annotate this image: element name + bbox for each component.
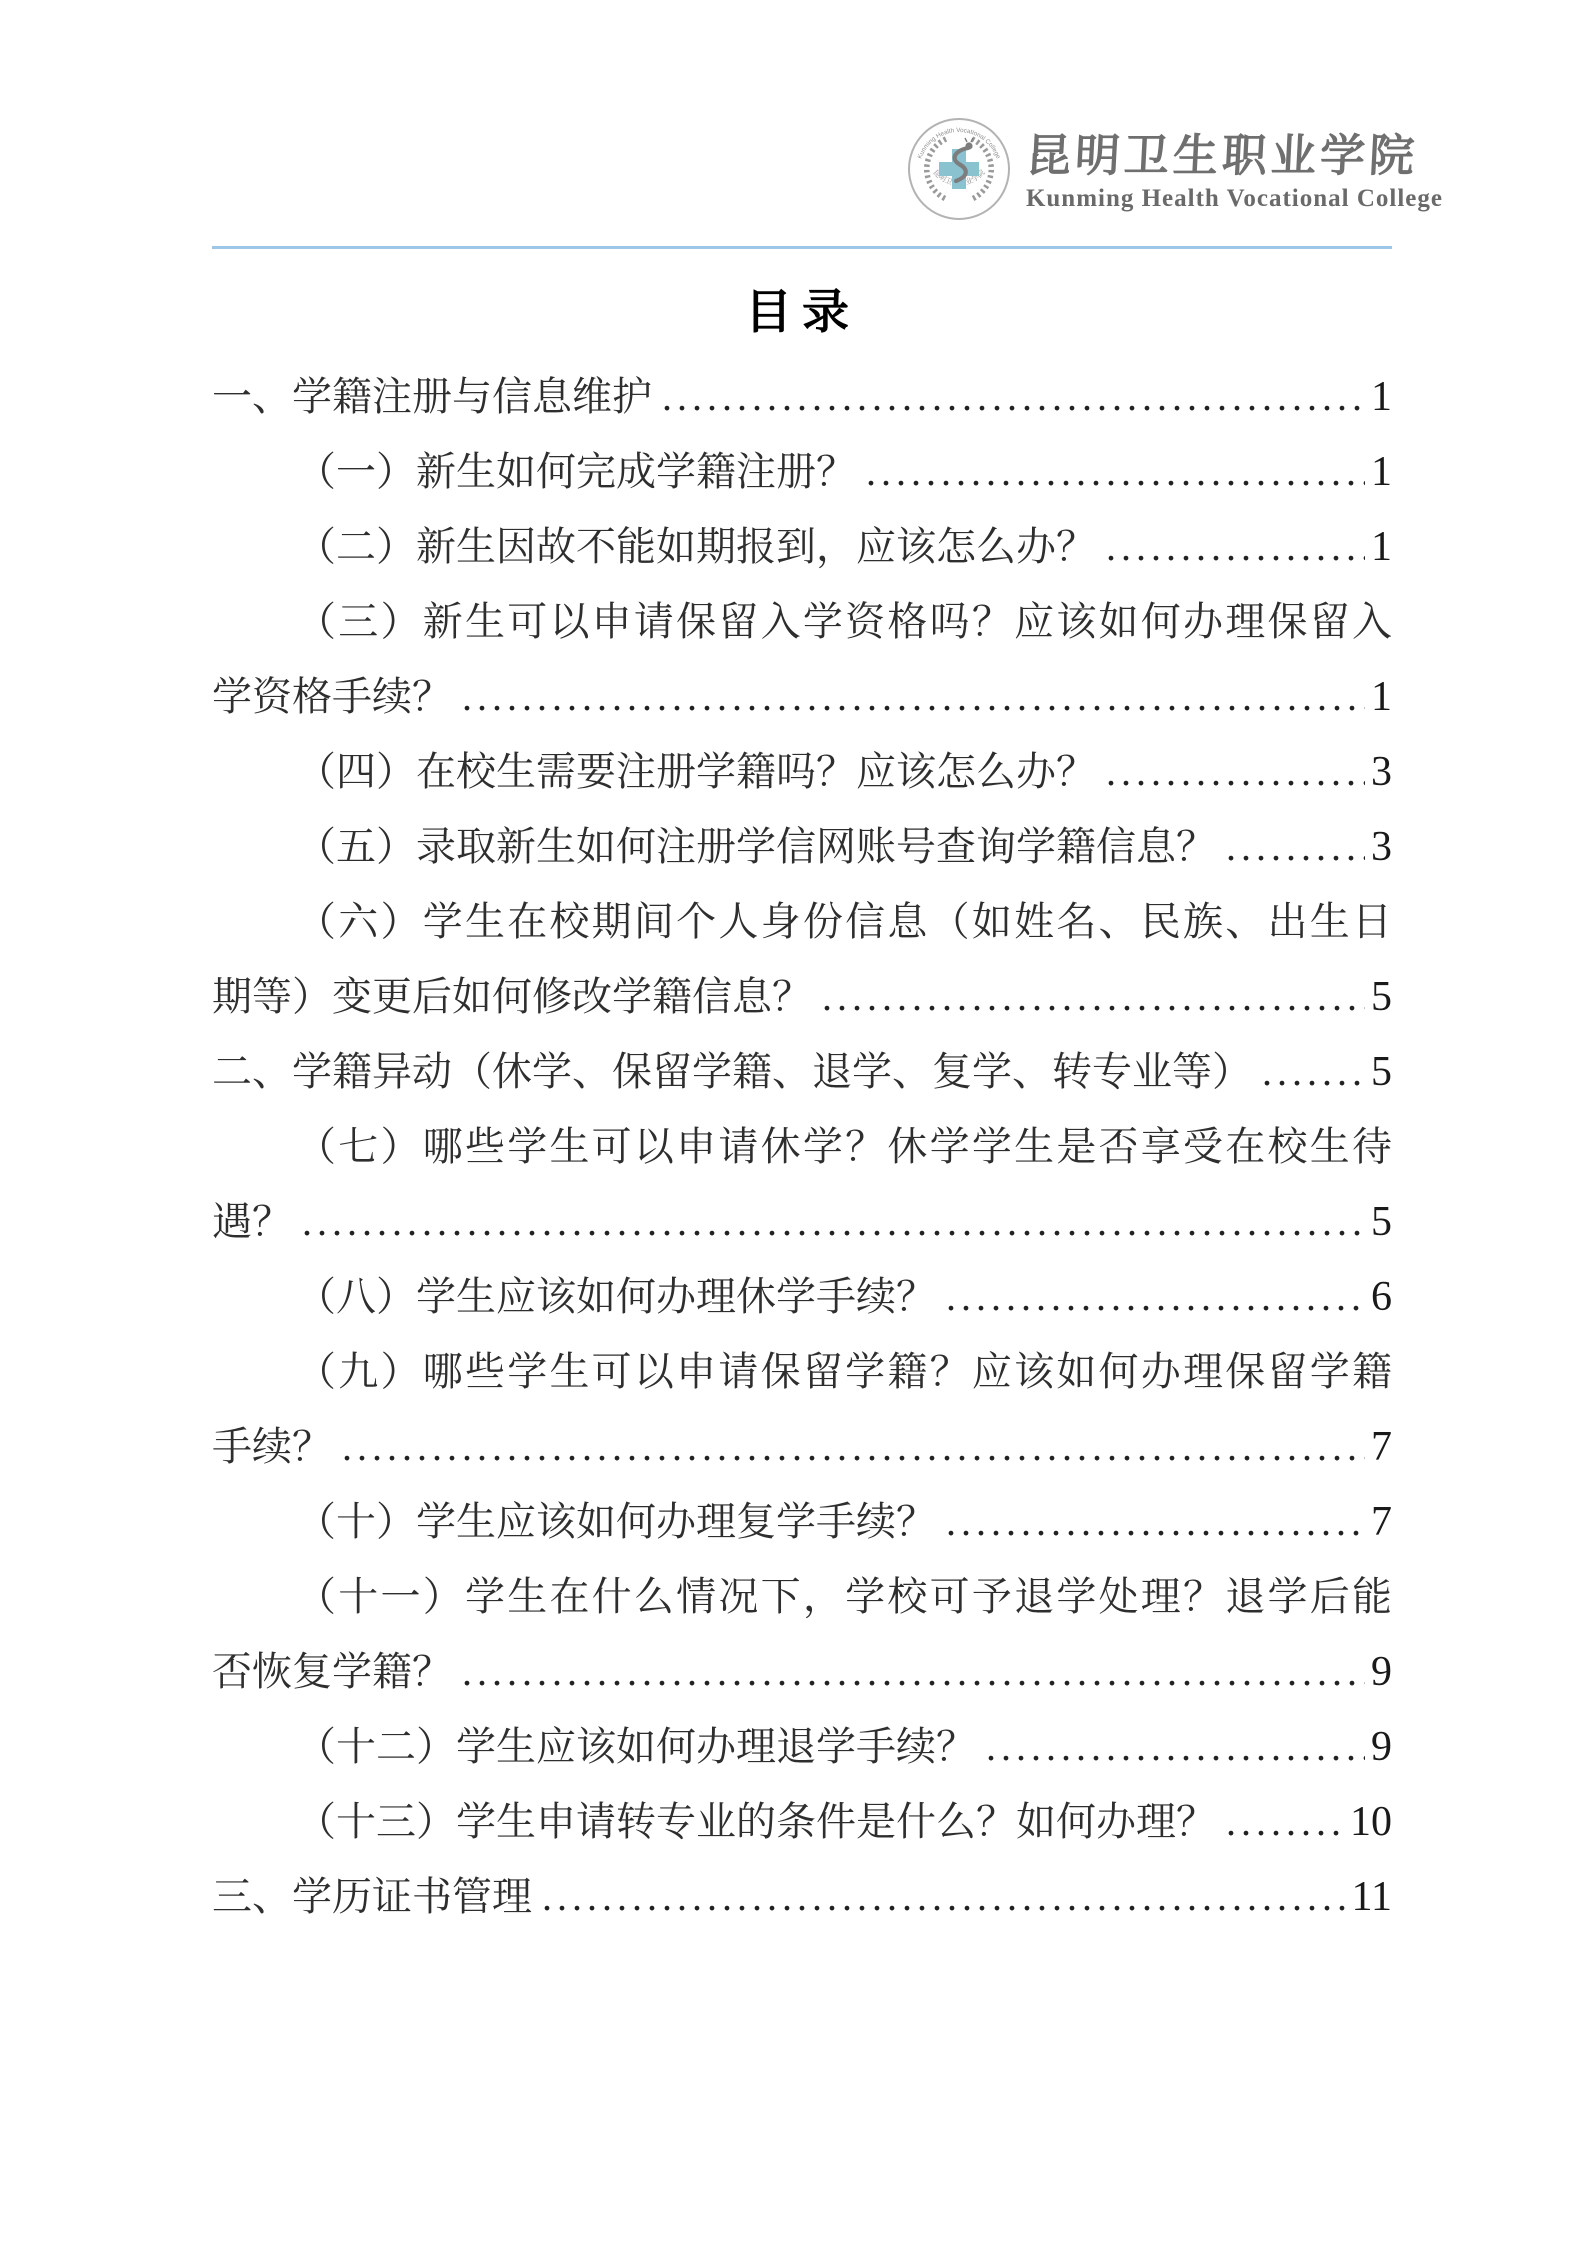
toc-dot-leader	[342, 1409, 1365, 1484]
toc-entry-line: （十二）学生应该如何办理退学手续？9	[212, 1709, 1392, 1784]
toc-entry-line: （一）新生如何完成学籍注册？1	[212, 434, 1392, 509]
toc-page-number: 1	[1371, 510, 1392, 585]
toc-page-number: 5	[1371, 1185, 1392, 1260]
toc-entry-text: （六）学生在校期间个人身份信息（如姓名、民族、出生日	[212, 884, 1392, 959]
toc-entry: （十一）学生在什么情况下，学校可予退学处理？退学后能否恢复学籍？9	[212, 1559, 1392, 1709]
toc-entry: （十二）学生应该如何办理退学手续？9	[212, 1709, 1392, 1784]
toc-entry: 二、学籍异动（休学、保留学籍、退学、复学、转专业等）5	[212, 1034, 1392, 1109]
toc-dot-leader	[946, 1484, 1365, 1559]
college-name-en: Kunming Health Vocational College	[1026, 185, 1443, 213]
document-page: Kunming Health Vocational College 昆明卫生职业…	[0, 0, 1587, 2245]
page-title: 目录	[212, 283, 1392, 343]
toc-entry-text: （十三）学生申请转专业的条件是什么？如何办理？	[212, 1784, 1216, 1859]
toc-entry-line: 二、学籍异动（休学、保留学籍、退学、复学、转专业等）5	[212, 1034, 1392, 1109]
toc-entry: （一）新生如何完成学籍注册？1	[212, 434, 1392, 509]
toc-dot-leader	[866, 434, 1365, 509]
toc-entry: （七）哪些学生可以申请休学？休学学生是否享受在校生待遇？5	[212, 1109, 1392, 1259]
toc-entry-text: 遇？	[212, 1184, 292, 1259]
toc-entry-line: 三、学历证书管理11	[212, 1859, 1392, 1934]
toc-dot-leader	[462, 1634, 1365, 1709]
toc-entry-line: （二）新生因故不能如期报到，应该怎么办？1	[212, 509, 1392, 584]
toc-entry-text: （十）学生应该如何办理复学手续？	[212, 1484, 936, 1559]
college-logo: Kunming Health Vocational College 昆明卫生职业…	[906, 116, 1012, 222]
toc-dot-leader	[302, 1184, 1365, 1259]
toc-list: 一、学籍注册与信息维护1（一）新生如何完成学籍注册？1（二）新生因故不能如期报到…	[212, 359, 1392, 1934]
toc-dot-leader	[542, 1859, 1346, 1934]
toc-page-number: 7	[1371, 1485, 1392, 1560]
toc-entry-line: （五）录取新生如何注册学信网账号查询学籍信息？3	[212, 809, 1392, 884]
toc-dot-leader	[1226, 1784, 1344, 1859]
toc-dot-leader	[1106, 734, 1365, 809]
toc-entry-text: （五）录取新生如何注册学信网账号查询学籍信息？	[212, 809, 1216, 884]
toc-entry-text: （二）新生因故不能如期报到，应该怎么办？	[212, 509, 1096, 584]
toc-page-number: 5	[1371, 1035, 1392, 1110]
toc-entry-text: 期等）变更后如何修改学籍信息？	[212, 959, 812, 1034]
toc-entry-text: 学资格手续？	[212, 659, 452, 734]
toc-entry: （二）新生因故不能如期报到，应该怎么办？1	[212, 509, 1392, 584]
toc-entry-line: （四）在校生需要注册学籍吗？应该怎么办？3	[212, 734, 1392, 809]
toc-dot-leader	[822, 959, 1365, 1034]
header-divider	[212, 246, 1392, 249]
toc-entry-text: 否恢复学籍？	[212, 1634, 452, 1709]
toc-entry-text: （七）哪些学生可以申请休学？休学学生是否享受在校生待	[212, 1109, 1392, 1184]
toc-entry-line: 遇？5	[212, 1184, 1392, 1259]
toc-entry-line: 期等）变更后如何修改学籍信息？5	[212, 959, 1392, 1034]
toc-entry-text: （十二）学生应该如何办理退学手续？	[212, 1709, 976, 1784]
toc-entry-text: 三、学历证书管理	[212, 1859, 532, 1934]
toc-entry: 三、学历证书管理11	[212, 1859, 1392, 1934]
toc-entry-text: （八）学生应该如何办理休学手续？	[212, 1259, 936, 1334]
toc-page-number: 11	[1352, 1860, 1392, 1935]
toc-page-number: 3	[1371, 810, 1392, 885]
toc-entry: （五）录取新生如何注册学信网账号查询学籍信息？3	[212, 809, 1392, 884]
toc-page-number: 9	[1371, 1635, 1392, 1710]
toc-entry-text: 一、学籍注册与信息维护	[212, 359, 652, 434]
toc-entry-text: （三）新生可以申请保留入学资格吗？应该如何办理保留入	[212, 584, 1392, 659]
toc-dot-leader	[1262, 1034, 1365, 1109]
toc-entry: （十）学生应该如何办理复学手续？7	[212, 1484, 1392, 1559]
toc-entry-line: （十三）学生申请转专业的条件是什么？如何办理？10	[212, 1784, 1392, 1859]
toc-entry-text: （一）新生如何完成学籍注册？	[212, 434, 856, 509]
toc-entry: （十三）学生申请转专业的条件是什么？如何办理？10	[212, 1784, 1392, 1859]
toc-entry-text: 二、学籍异动（休学、保留学籍、退学、复学、转专业等）	[212, 1034, 1252, 1109]
toc-dot-leader	[662, 359, 1365, 434]
toc-entry-line: 否恢复学籍？9	[212, 1634, 1392, 1709]
toc-entry: （八）学生应该如何办理休学手续？6	[212, 1259, 1392, 1334]
toc-page-number: 1	[1371, 360, 1392, 435]
toc-entry-line: 一、学籍注册与信息维护1	[212, 359, 1392, 434]
toc-entry: （四）在校生需要注册学籍吗？应该怎么办？3	[212, 734, 1392, 809]
toc-page-number: 6	[1371, 1260, 1392, 1335]
toc-page-number: 3	[1371, 735, 1392, 810]
toc-entry: （三）新生可以申请保留入学资格吗？应该如何办理保留入学资格手续？1	[212, 584, 1392, 734]
toc-entry-line: 手续？7	[212, 1409, 1392, 1484]
toc-page-number: 9	[1371, 1710, 1392, 1785]
college-name-cn: 昆明卫生职业学院	[1025, 132, 1445, 180]
toc-page-number: 1	[1371, 660, 1392, 735]
page-header: Kunming Health Vocational College 昆明卫生职业…	[0, 0, 1587, 222]
toc-entry: （九）哪些学生可以申请保留学籍？应该如何办理保留学籍手续？7	[212, 1334, 1392, 1484]
toc-entry-line: 学资格手续？1	[212, 659, 1392, 734]
toc-dot-leader	[1106, 509, 1365, 584]
toc-entry-line: （十）学生应该如何办理复学手续？7	[212, 1484, 1392, 1559]
toc-dot-leader	[986, 1709, 1365, 1784]
toc-page-number: 5	[1371, 960, 1392, 1035]
toc-dot-leader	[462, 659, 1365, 734]
toc-entry-text: 手续？	[212, 1409, 332, 1484]
toc-entry-line: （八）学生应该如何办理休学手续？6	[212, 1259, 1392, 1334]
toc-entry-text: （十一）学生在什么情况下，学校可予退学处理？退学后能	[212, 1559, 1392, 1634]
college-name-block: 昆明卫生职业学院 Kunming Health Vocational Colle…	[1026, 132, 1443, 213]
toc-page-number: 10	[1350, 1785, 1392, 1860]
toc-page-number: 1	[1371, 435, 1392, 510]
toc-page-number: 7	[1371, 1410, 1392, 1485]
toc-dot-leader	[946, 1259, 1365, 1334]
toc-dot-leader	[1226, 809, 1365, 884]
toc-entry: 一、学籍注册与信息维护1	[212, 359, 1392, 434]
page-content: 目录 一、学籍注册与信息维护1（一）新生如何完成学籍注册？1（二）新生因故不能如…	[212, 283, 1392, 1934]
toc-entry-text: （四）在校生需要注册学籍吗？应该怎么办？	[212, 734, 1096, 809]
toc-entry: （六）学生在校期间个人身份信息（如姓名、民族、出生日期等）变更后如何修改学籍信息…	[212, 884, 1392, 1034]
toc-entry-text: （九）哪些学生可以申请保留学籍？应该如何办理保留学籍	[212, 1334, 1392, 1409]
